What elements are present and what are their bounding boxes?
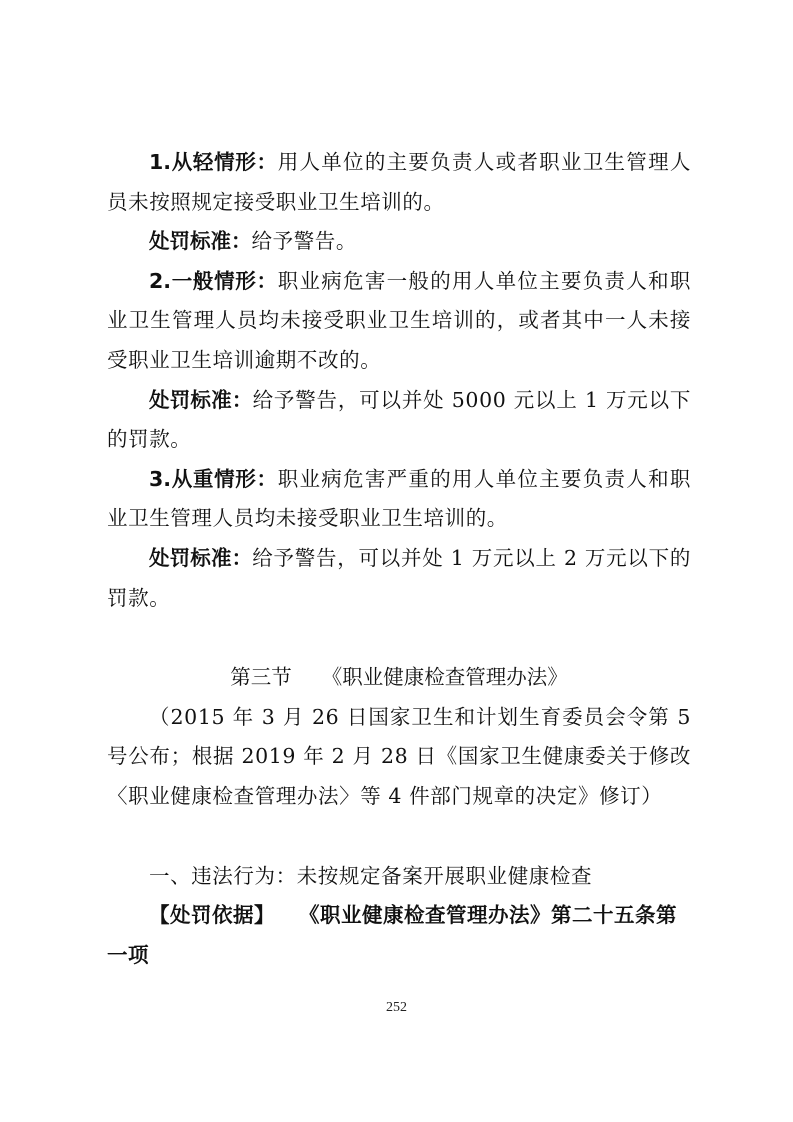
page-number: 252 (0, 1000, 793, 1016)
violation-heading: 一、违法行为：未按规定备案开展职业健康检查 (107, 857, 691, 897)
penalty-label: 处罚标准： (149, 546, 252, 570)
section-heading: 第三节《职业健康检查管理办法》 (107, 658, 691, 698)
basis-label: 【处罚依据】 (149, 903, 275, 927)
penalty-text: 给予警告。 (252, 229, 358, 253)
case-light-penalty: 处罚标准：给予警告。 (107, 222, 691, 262)
spacer (107, 817, 691, 857)
case-general-penalty: 处罚标准：给予警告，可以并处 5000 元以上 1 万元以下的罚款。 (107, 381, 691, 460)
section-title: 《职业健康检查管理办法》 (322, 665, 568, 689)
penalty-label: 处罚标准： (149, 229, 252, 253)
case-light-paragraph: 1.从轻情形：用人单位的主要负责人或者职业卫生管理人员未按照规定接受职业卫生培训… (107, 143, 691, 222)
section-note: （2015 年 3 月 26 日国家卫生和计划生育委员会令第 5 号公布；根据 … (107, 698, 691, 817)
case-severe-paragraph: 3.从重情形：职业病危害严重的用人单位主要负责人和职业卫生管理人员均未接受职业卫… (107, 460, 691, 539)
case-severe-label: 3.从重情形： (149, 467, 278, 491)
case-general-label: 2.一般情形： (149, 269, 278, 293)
document-page: 1.从轻情形：用人单位的主要负责人或者职业卫生管理人员未按照规定接受职业卫生培训… (107, 143, 691, 975)
case-light-label: 1.从轻情形： (149, 150, 278, 174)
section-number: 第三节 (230, 665, 292, 689)
penalty-label: 处罚标准： (149, 388, 253, 412)
penalty-basis: 【处罚依据】《职业健康检查管理办法》第二十五条第一项 (107, 896, 691, 975)
case-general-paragraph: 2.一般情形：职业病危害一般的用人单位主要负责人和职业卫生管理人员均未接受职业卫… (107, 262, 691, 381)
spacer (107, 618, 691, 658)
case-severe-penalty: 处罚标准：给予警告，可以并处 1 万元以上 2 万元以下的罚款。 (107, 539, 691, 618)
